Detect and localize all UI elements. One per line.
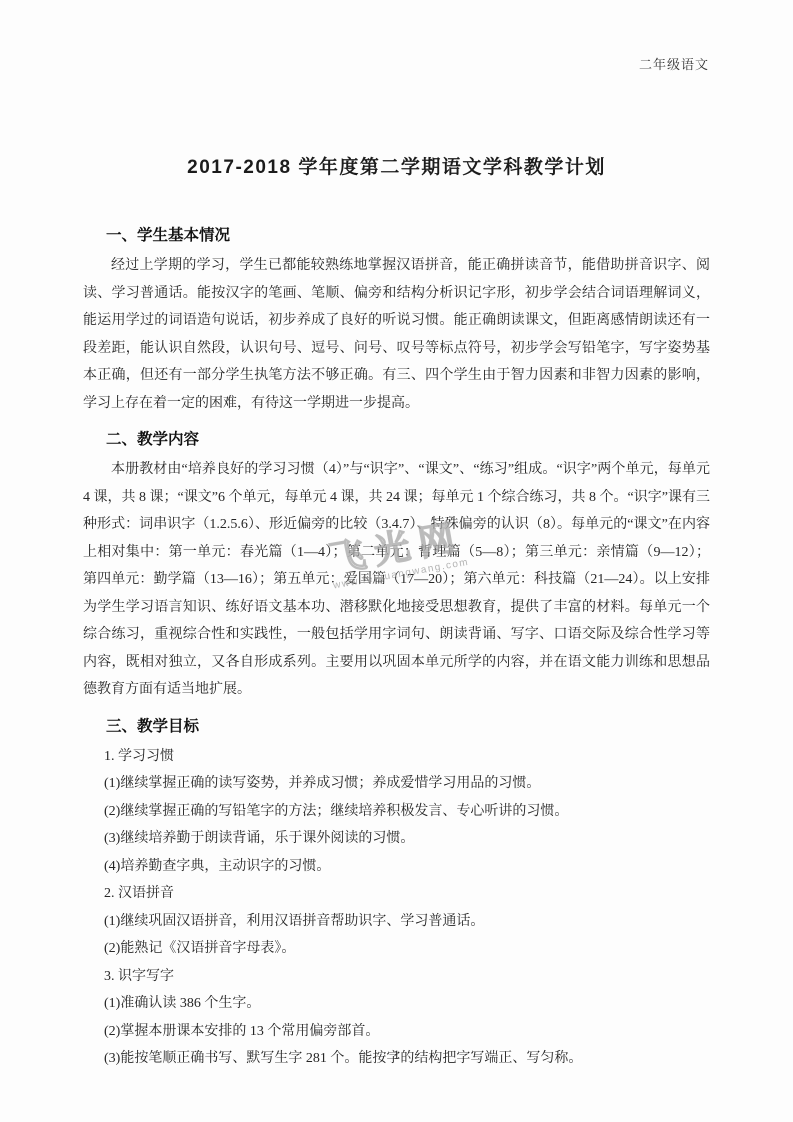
goal-list-item: 2. 汉语拼音 [83, 880, 710, 908]
section-heading: 一、学生基本情况 [83, 222, 710, 249]
section-paragraph: 本册教材由“培养良好的学习习惯（4）”与“识字”、“课文”、“练习”组成。“识字… [83, 456, 710, 704]
header-course-label: 二年级语文 [639, 54, 709, 73]
goal-list-item: 3. 识字写字 [83, 963, 710, 991]
goal-list-item: (1)准确认读 386 个生字。 [83, 990, 710, 1018]
goal-list-item: (4)培养勤查字典，主动识字的习惯。 [83, 853, 710, 881]
goal-list-item: (2)能熟记《汉语拼音字母表》。 [83, 935, 710, 963]
document-title: 2017-2018 学年度第二学期语文学科教学计划 [0, 152, 793, 179]
goal-list-item: 1. 学习习惯 [83, 743, 710, 771]
page-number: 1 [0, 1048, 793, 1063]
section-teaching-goals: 三、教学目标 1. 学习习惯 (1)继续掌握正确的读写姿势，并养成习惯；养成爱惜… [83, 713, 710, 1073]
goal-list-item: (1)继续巩固汉语拼音，利用汉语拼音帮助识字、学习普通话。 [83, 908, 710, 936]
document-body: 一、学生基本情况 经过上学期的学习，学生已都能较熟练地掌握汉语拼音，能正确拼读音… [83, 222, 710, 1082]
document-page: 二年级语文 2017-2018 学年度第二学期语文学科教学计划 一、学生基本情况… [0, 0, 793, 1122]
goal-list-item: (3)继续培养勤于朗读背诵，乐于课外阅读的习惯。 [83, 825, 710, 853]
section-heading: 三、教学目标 [83, 713, 710, 740]
section-student-situation: 一、学生基本情况 经过上学期的学习，学生已都能较熟练地掌握汉语拼音，能正确拼读音… [83, 222, 710, 417]
section-paragraph: 经过上学期的学习，学生已都能较熟练地掌握汉语拼音，能正确拼读音节，能借助拼音识字… [83, 252, 710, 417]
goal-list-item: (2)掌握本册课本安排的 13 个常用偏旁部首。 [83, 1018, 710, 1046]
goal-list-item: (2)继续掌握正确的写铅笔字的方法；继续培养积极发言、专心听讲的习惯。 [83, 798, 710, 826]
goal-list-item: (1)继续掌握正确的读写姿势，并养成习惯；养成爱惜学习用品的习惯。 [83, 770, 710, 798]
section-teaching-content: 二、教学内容 本册教材由“培养良好的学习习惯（4）”与“识字”、“课文”、“练习… [83, 426, 710, 704]
section-heading: 二、教学内容 [83, 426, 710, 453]
